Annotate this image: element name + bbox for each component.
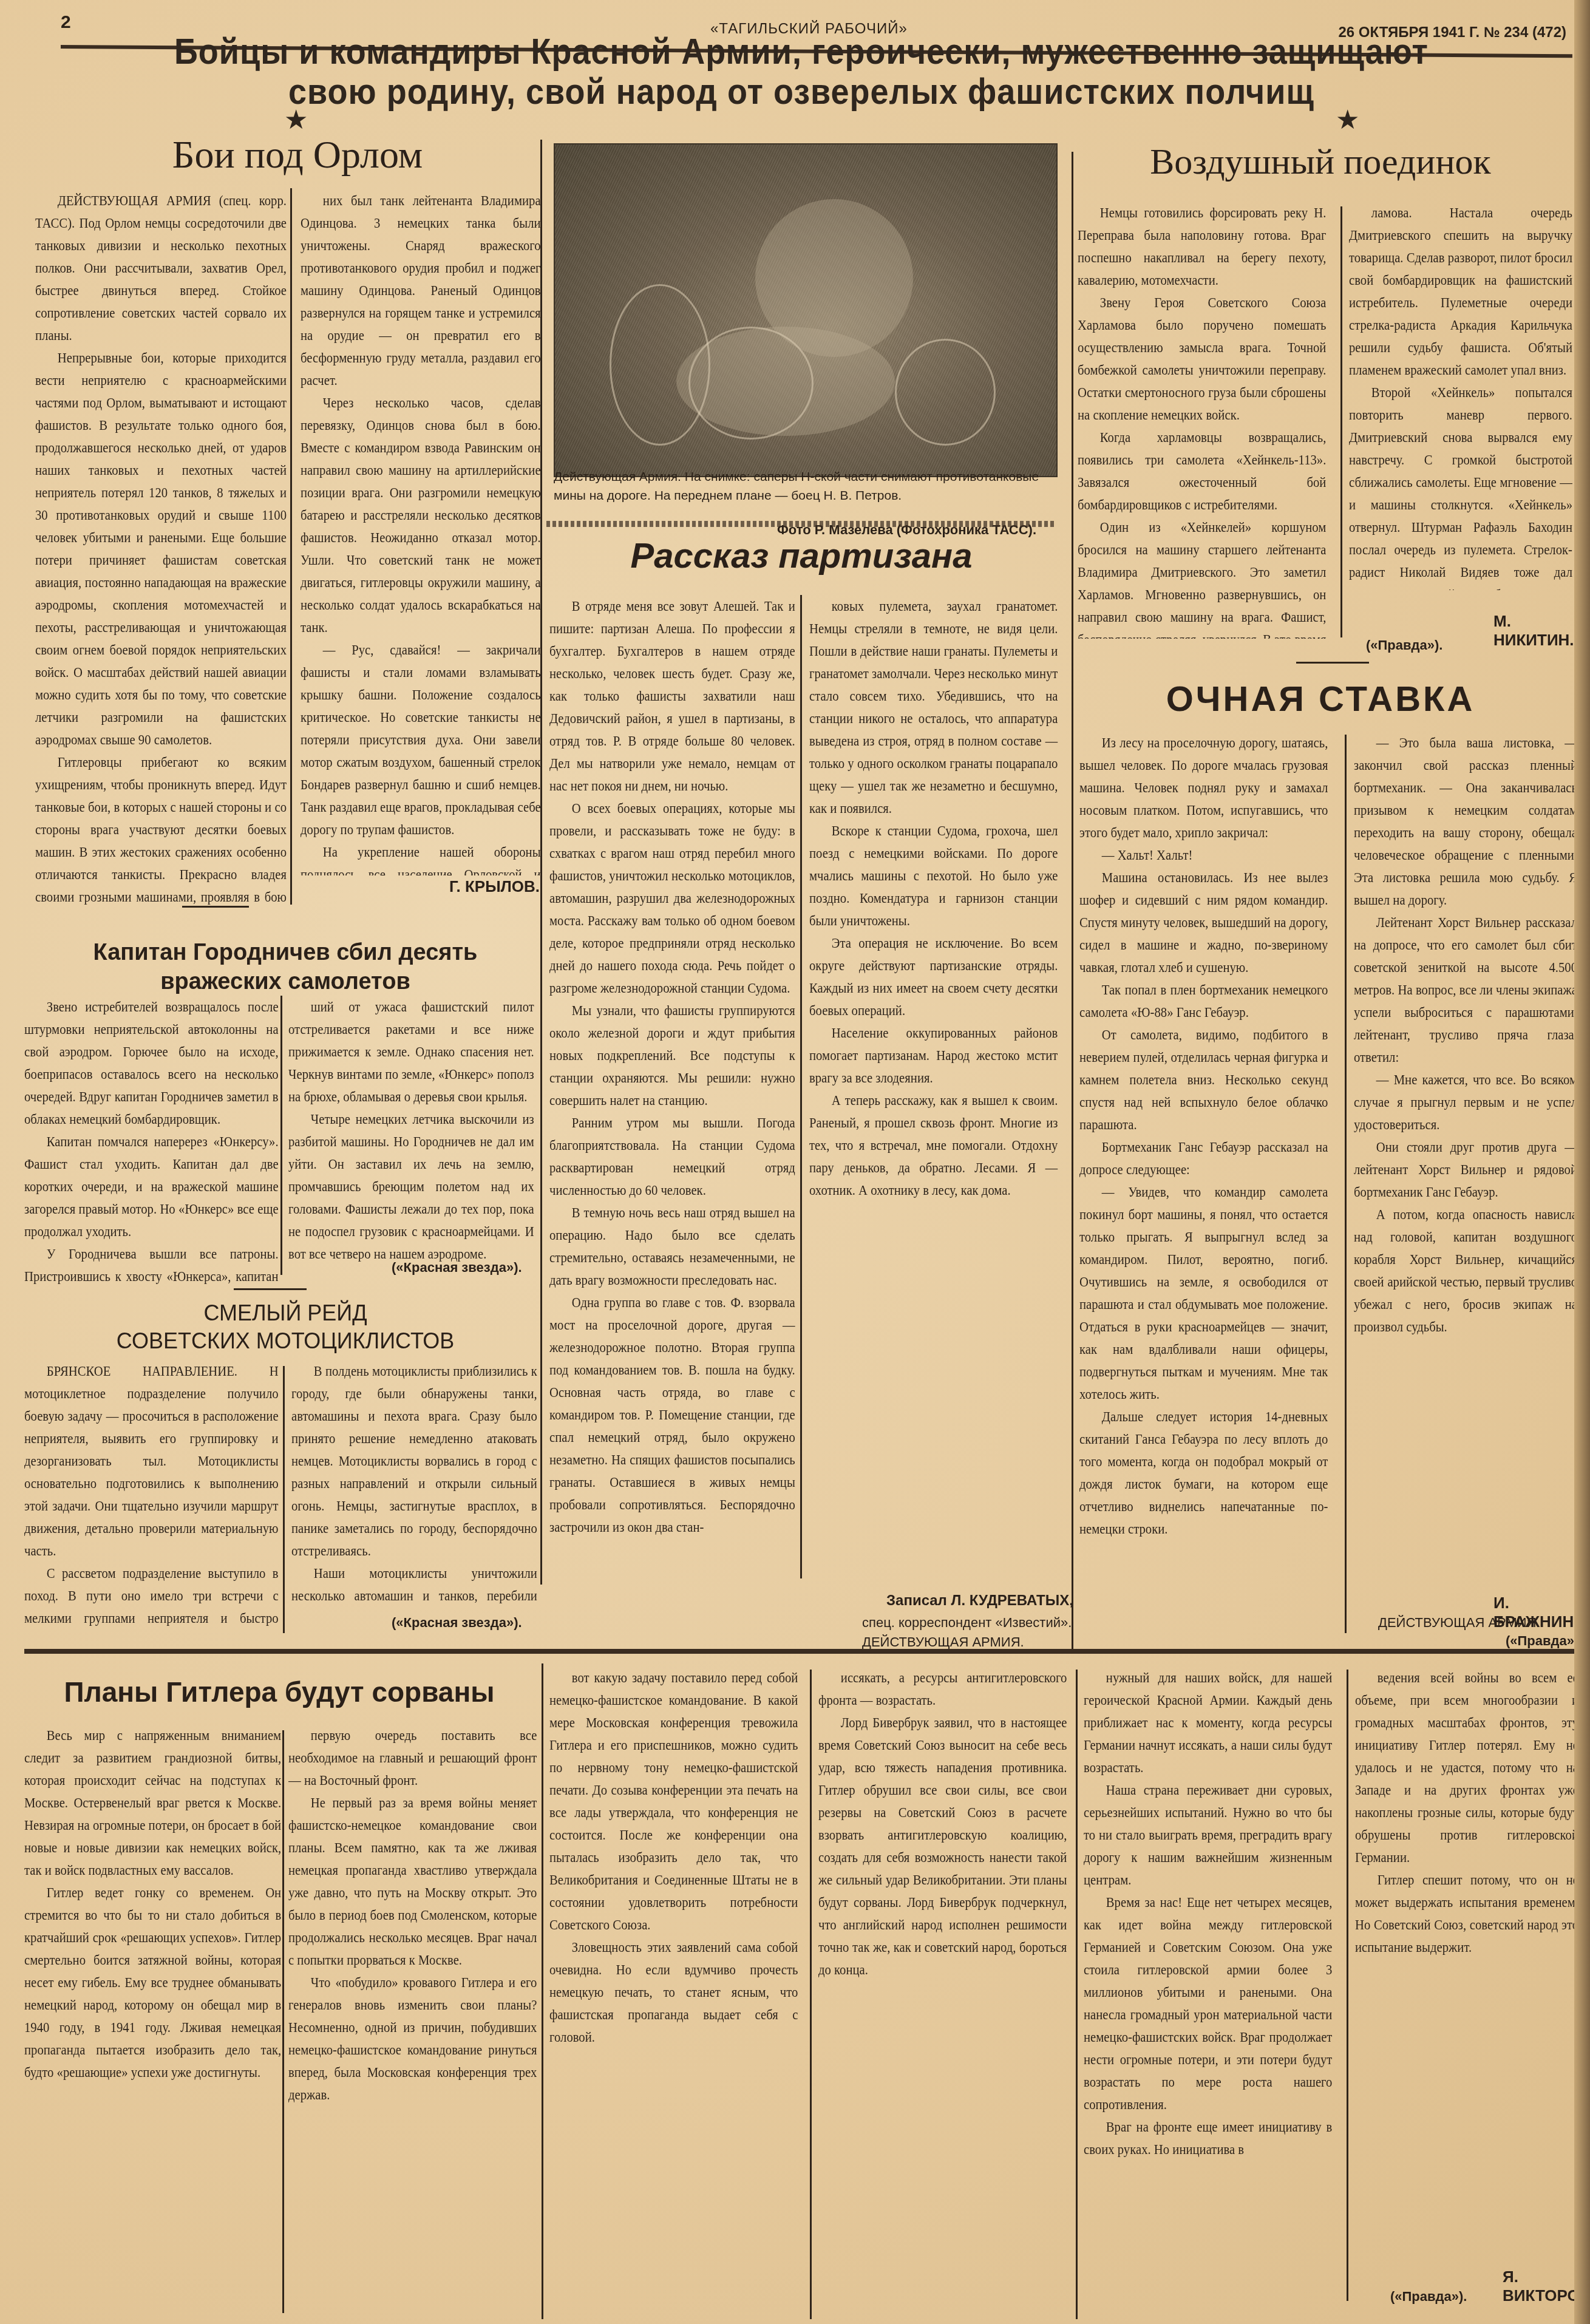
source-pravda: («Правда»). (1366, 637, 1442, 653)
column-divider (810, 1670, 812, 2319)
article-air-duel-col1: Немцы готовились форсировать реку Н. Пер… (1078, 202, 1326, 639)
article-title-partisan: Рассказ партизана (546, 535, 1056, 576)
dateline-army: ДЕЙСТВУЮЩАЯ АРМИЯ. (862, 1634, 1024, 1650)
article-confrontation-col1: Из лесу на проселочную дорогу, шатаясь, … (1079, 732, 1328, 1642)
photo-caption: Действующая Армия. На снимке: саперы Н-с… (554, 467, 1055, 505)
article-title-hitler-plans: Планы Гитлера будут сорваны (30, 1676, 528, 1708)
column-divider (1345, 735, 1347, 1633)
signature-krylov: Г. КРЫЛОВ. (449, 877, 540, 896)
source-pravda: («Правда»). (1506, 1633, 1582, 1649)
page-binding-edge (1574, 0, 1590, 2324)
source-pravda: («Правда»). (1390, 2289, 1467, 2305)
article-title-gorodnichev: Капитан Городничев сбил десять вражеских… (30, 938, 540, 996)
section-divider (234, 1288, 307, 1290)
article-partisan-col2: ковых пулемета, заухал гранатомет. Немцы… (809, 595, 1058, 1518)
column-divider (1072, 152, 1073, 1651)
article-title-orel: Бои под Орлом (61, 132, 534, 177)
column-divider (1076, 1670, 1078, 2319)
star-ornament-icon: ★ (1336, 104, 1359, 135)
article-air-duel-col2: ламова. Настала очередь Дмитриевского сп… (1349, 202, 1572, 590)
column-divider (800, 595, 802, 1578)
byline-correspondent: спец. корреспондент «Известий». (862, 1615, 1072, 1631)
article-orel-col1: ДЕЙСТВУЮЩАЯ АРМИЯ (спец. корр. ТАСС). По… (35, 189, 287, 906)
banner-line-1: Бойцы и командиры Красной Армии, героиче… (24, 32, 1578, 72)
article-gorodnichev-col2: ший от ужаса фашистский пилот отстрелива… (288, 996, 534, 1263)
article-raid-col1: БРЯНСКОЕ НАПРАВЛЕНИЕ. Н мотоциклетное по… (24, 1360, 279, 1633)
article-title-raid: СМЕЛЫЙ РЕЙД СОВЕТСКИХ МОТОЦИКЛИСТОВ (30, 1299, 540, 1355)
photo-wire (895, 339, 996, 446)
source-red-star: («Красная звезда»). (392, 1260, 522, 1276)
article-hitler-col5: нужный для наших войск, для нашей героич… (1084, 1667, 1332, 2316)
section-divider (182, 906, 249, 908)
newspaper-page: 2 «ТАГИЛЬСКИЙ РАБОЧИЙ» 26 ОКТЯБРЯ 1941 Г… (0, 0, 1590, 2324)
section-separator (24, 1649, 1588, 1654)
column-divider (1347, 1670, 1348, 2301)
page-number: 2 (61, 12, 71, 33)
article-hitler-col6: ведения всей войны во всем ее объеме, пр… (1355, 1667, 1578, 2249)
section-divider (1296, 662, 1369, 664)
article-hitler-col1: Весь мир с напряженным вниманием следит … (24, 1724, 281, 2319)
signature-kudrevatykh: Записал Л. КУДРЕВАТЫХ, (886, 1592, 1073, 1609)
article-hitler-col3: вот какую задачу поставило перед собой н… (549, 1667, 798, 2316)
article-orel-col2: них был танк лейтенанта Владимира Одинцо… (301, 189, 541, 875)
article-raid-col2: В полдень мотоциклисты приблизились к го… (291, 1360, 537, 1609)
dateline-army: ДЕЙСТВУЮЩАЯ АРМИЯ. (1378, 1615, 1540, 1631)
star-ornament-icon: ★ (284, 104, 308, 135)
article-gorodnichev-col1: Звено истребителей возвращалось после шт… (24, 996, 279, 1287)
photo-wire (688, 327, 814, 440)
column-divider (280, 996, 282, 1275)
article-title-air-duel: Воздушный поединок (1078, 141, 1563, 183)
source-red-star: («Красная звезда»). (392, 1615, 522, 1631)
column-divider (290, 188, 292, 905)
wavy-divider (546, 521, 1056, 527)
column-divider (283, 1366, 285, 1633)
column-divider (282, 1730, 284, 2313)
banner-headline: Бойцы и командиры Красной Армии, героиче… (24, 32, 1578, 112)
article-hitler-col4: иссякать, а ресурсы антигитлеровского фр… (818, 1667, 1067, 2316)
article-confrontation-col2: — Это была ваша листовка, — закончил сво… (1354, 732, 1577, 1582)
article-title-confrontation: ОЧНАЯ СТАВКА (1078, 679, 1563, 719)
column-divider (542, 1663, 543, 2319)
article-hitler-col2: первую очередь поставить все необходимое… (288, 1724, 537, 2319)
article-partisan-col1: В отряде меня все зовут Алешей. Так и пи… (549, 595, 795, 1578)
column-divider (1340, 206, 1342, 637)
news-photo-sappers (554, 143, 1058, 477)
column-divider (540, 140, 542, 1585)
